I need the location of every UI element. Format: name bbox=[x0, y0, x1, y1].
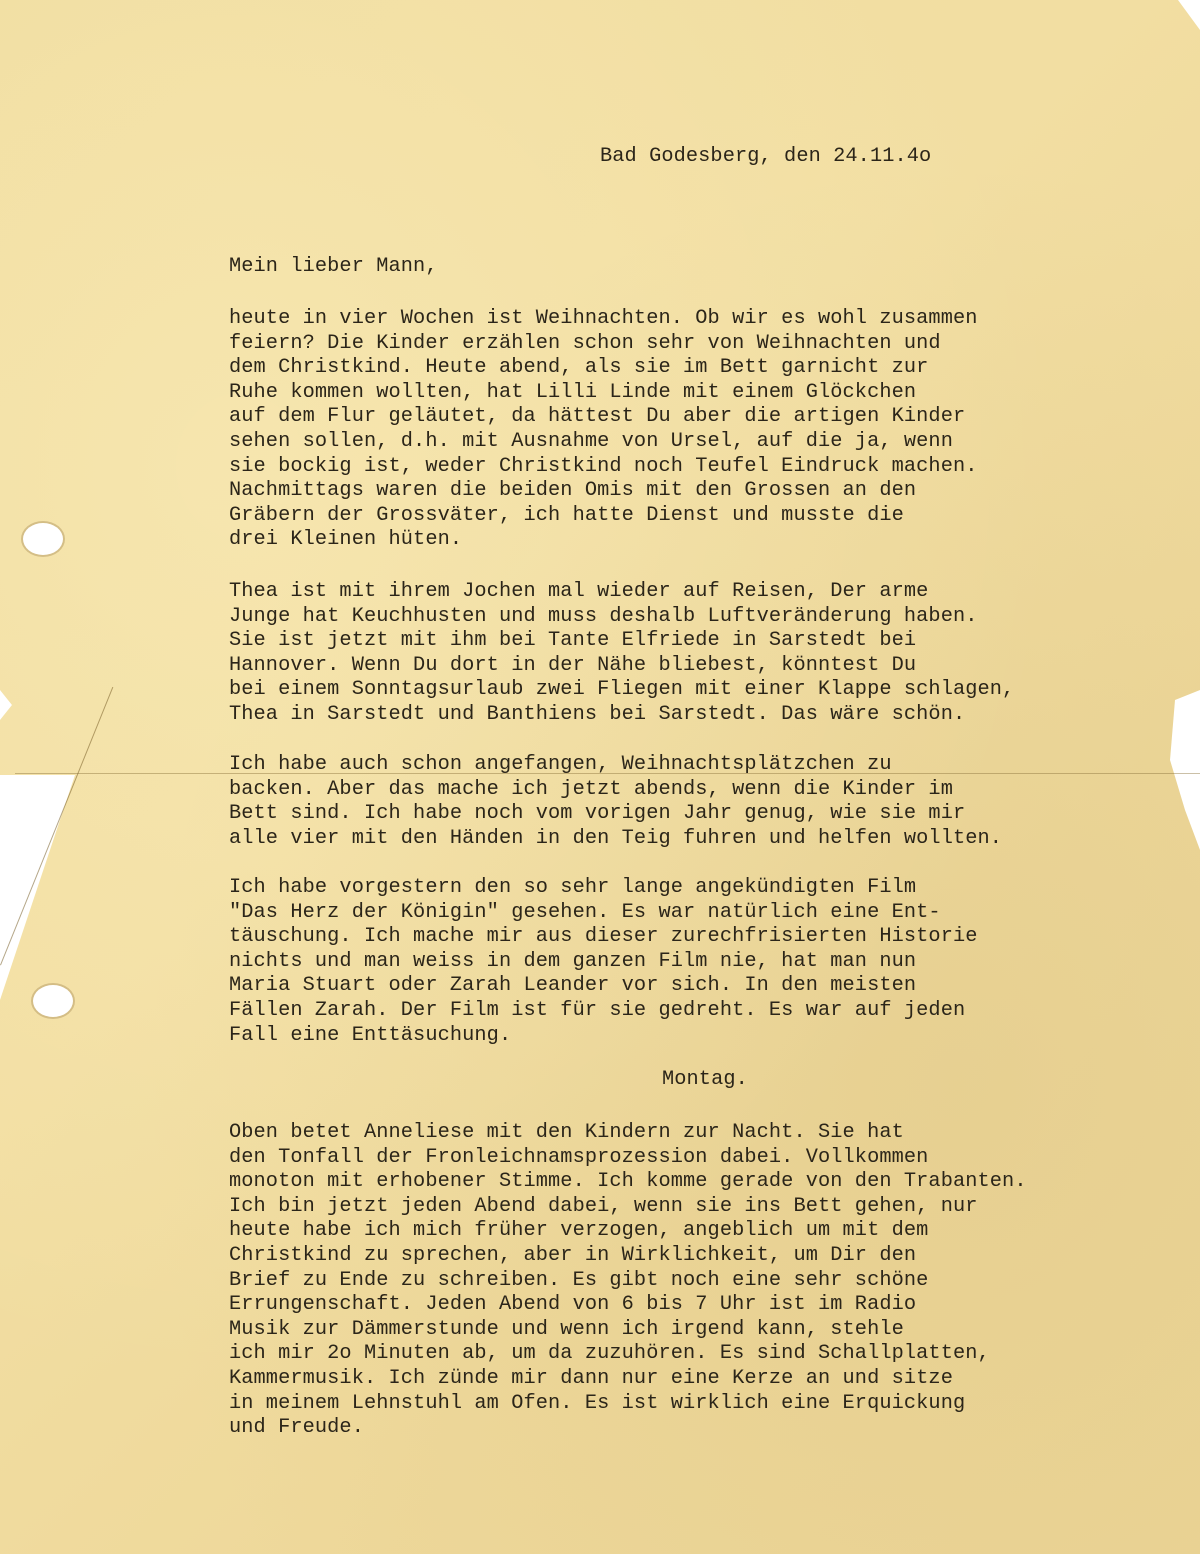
text-line: bei einem Sonntagsurlaub zwei Fliegen mi… bbox=[229, 678, 1014, 703]
text-line: alle vier mit den Händen in den Teig fuh… bbox=[229, 827, 1002, 852]
text-line: Thea in Sarstedt und Banthiens bei Sarst… bbox=[229, 703, 1014, 728]
text-line: Hannover. Wenn Du dort in der Nähe blieb… bbox=[229, 654, 1014, 679]
text-line: Fällen Zarah. Der Film ist für sie gedre… bbox=[229, 999, 978, 1024]
text-line: ich mir 2o Minuten ab, um da zuzuhören. … bbox=[229, 1342, 1027, 1367]
text-line: in meinem Lehnstuhl am Ofen. Es ist wirk… bbox=[229, 1392, 1027, 1417]
text-line: und Freude. bbox=[229, 1416, 1027, 1441]
text-line: sehen sollen, d.h. mit Ausnahme von Urse… bbox=[229, 430, 978, 455]
text-line: Fall eine Enttäsuchung. bbox=[229, 1024, 978, 1049]
text-line: den Tonfall der Fronleichnamsprozession … bbox=[229, 1146, 1027, 1171]
paragraph-5: Oben betet Anneliese mit den Kindern zur… bbox=[229, 1121, 1027, 1441]
text-line: sie bockig ist, weder Christkind noch Te… bbox=[229, 455, 978, 480]
text-line: heute habe ich mich früher verzogen, ang… bbox=[229, 1219, 1027, 1244]
paragraph-3: Ich habe auch schon angefangen, Weihnach… bbox=[229, 753, 1002, 851]
text-line: Oben betet Anneliese mit den Kindern zur… bbox=[229, 1121, 1027, 1146]
salutation: Mein lieber Mann, bbox=[229, 255, 438, 278]
text-line: backen. Aber das mache ich jetzt abends,… bbox=[229, 778, 1002, 803]
text-line: Musik zur Dämmerstunde und wenn ich irge… bbox=[229, 1318, 1027, 1343]
text-line: Ich habe auch schon angefangen, Weihnach… bbox=[229, 753, 1002, 778]
dateline: Bad Godesberg, den 24.11.4o bbox=[600, 145, 931, 168]
text-line: Bett sind. Ich habe noch vom vorigen Jah… bbox=[229, 802, 1002, 827]
text-line: Ruhe kommen wollten, hat Lilli Linde mit… bbox=[229, 381, 978, 406]
text-line: Maria Stuart oder Zarah Leander vor sich… bbox=[229, 974, 978, 999]
section-heading-montag: Montag. bbox=[662, 1068, 748, 1091]
paragraph-2: Thea ist mit ihrem Jochen mal wieder auf… bbox=[229, 580, 1014, 728]
paragraph-4: Ich habe vorgestern den so sehr lange an… bbox=[229, 876, 978, 1048]
text-line: Errungenschaft. Jeden Abend von 6 bis 7 … bbox=[229, 1293, 1027, 1318]
text-line: heute in vier Wochen ist Weihnachten. Ob… bbox=[229, 307, 978, 332]
text-line: auf dem Flur geläutet, da hättest Du abe… bbox=[229, 405, 978, 430]
text-line: Sie ist jetzt mit ihm bei Tante Elfriede… bbox=[229, 629, 1014, 654]
text-line: Nachmittags waren die beiden Omis mit de… bbox=[229, 479, 978, 504]
text-line: Junge hat Keuchhusten und muss deshalb L… bbox=[229, 605, 1014, 630]
text-line: Brief zu Ende zu schreiben. Es gibt noch… bbox=[229, 1269, 1027, 1294]
text-line: dem Christkind. Heute abend, als sie im … bbox=[229, 356, 978, 381]
text-line: drei Kleinen hüten. bbox=[229, 528, 978, 553]
text-line: monoton mit erhobener Stimme. Ich komme … bbox=[229, 1170, 1027, 1195]
text-line: Christkind zu sprechen, aber in Wirklich… bbox=[229, 1244, 1027, 1269]
text-line: feiern? Die Kinder erzählen schon sehr v… bbox=[229, 332, 978, 357]
paragraph-1: heute in vier Wochen ist Weihnachten. Ob… bbox=[229, 307, 978, 553]
text-line: nichts und man weiss in dem ganzen Film … bbox=[229, 950, 978, 975]
text-line: Ich bin jetzt jeden Abend dabei, wenn si… bbox=[229, 1195, 1027, 1220]
text-line: Ich habe vorgestern den so sehr lange an… bbox=[229, 876, 978, 901]
text-line: Kammermusik. Ich zünde mir dann nur eine… bbox=[229, 1367, 1027, 1392]
letter-page: Bad Godesberg, den 24.11.4o Mein lieber … bbox=[0, 0, 1200, 1554]
text-line: täuschung. Ich mache mir aus dieser zure… bbox=[229, 925, 978, 950]
text-line: "Das Herz der Königin" gesehen. Es war n… bbox=[229, 901, 978, 926]
text-line: Thea ist mit ihrem Jochen mal wieder auf… bbox=[229, 580, 1014, 605]
text-line: Gräbern der Grossväter, ich hatte Dienst… bbox=[229, 504, 978, 529]
